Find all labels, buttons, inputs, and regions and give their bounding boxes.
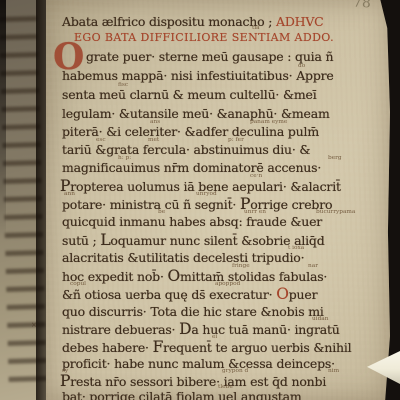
body-text: mittam̄ stolidas fabulas· [180, 269, 327, 284]
body-text: quicquid inmanu habes absq: fraude &uer [62, 214, 322, 229]
text-line-15: hoc expedit nob̄· Omittam̄ stolidas fabu… [62, 269, 327, 284]
interlinear-gloss: ei [212, 334, 217, 340]
margin-mark: × [31, 321, 37, 329]
body-text: quo discurris· Tota die hic stare &nobis… [62, 304, 324, 319]
interlinear-gloss: sy [62, 368, 68, 374]
body-text: sutū ; [62, 233, 100, 248]
body-text: resta nr̄o sessori bibere· iam est q̄d n… [70, 374, 326, 389]
body-text: debes habere· [62, 340, 153, 355]
text-line-4: habemus mappā· nisi infestiuitatibus· Ap… [62, 69, 334, 83]
text-line-13: sutū ; Loquamur nunc silent̄ &sobrie ali… [62, 233, 325, 248]
interlinear-gloss: nar [308, 263, 318, 269]
body-text: potare· ministra cū ñ segnit̄· [62, 197, 240, 212]
body-text: Abata ælfrico dispositu monacho ; [62, 14, 276, 29]
interlinear-gloss: uidan [312, 316, 329, 322]
rubric-text: O [276, 285, 289, 303]
text-line-17: quo discurris· Tota die hic stare &nobis… [62, 305, 324, 319]
interlinear-gloss: t ioxa [288, 245, 304, 251]
text-line-3: grate puer· sterne meū gausape : quia ñ [86, 50, 333, 64]
body-text: D [179, 320, 191, 338]
body-text: alacritatis &utilitatis decelesti tripud… [62, 250, 304, 265]
interlinear-gloss: bucurrypama [316, 209, 355, 215]
text-line-19: debes habere· Frequent̄ te arguo uerbis … [62, 340, 351, 355]
body-text: P [60, 372, 70, 390]
text-line-2: EGO BATA DIFFICILIORE SENTIAM ADDO. [74, 31, 334, 45]
body-text: nistrare debueras· [62, 322, 179, 337]
interlinear-gloss: h: p: [118, 155, 131, 161]
interlinear-gloss: fringe [232, 263, 250, 269]
interlinear-gloss: ann [64, 191, 75, 197]
text-line-1: Abata ælfrico dispositu monacho ; ADHVC [62, 15, 324, 29]
text-line-14: alacritatis &utilitatis decelesti tripud… [62, 251, 304, 265]
text-line-6: legulam· &utansile meū· &anaphū· &meam [62, 107, 330, 121]
interlinear-gloss: esc [96, 137, 106, 143]
text-line-9: magnificauimus nr̄m dominatorē accenus· [62, 161, 321, 175]
body-text: proficit· habe nunc malum &cessa deincep… [62, 356, 335, 371]
body-text: requent̄ te arguo uerbis &nihil [163, 340, 351, 355]
interlinear-gloss: nim [328, 368, 339, 374]
interlinear-gloss: be [158, 209, 165, 215]
interlinear-gloss: panam eyme [250, 119, 287, 125]
body-text: L [100, 231, 110, 249]
text-line-21: Presta nr̄o sessori bibere· iam est q̄d … [60, 374, 326, 389]
interlinear-gloss: tlebe [218, 384, 233, 390]
interlinear-gloss: ce·n [250, 173, 262, 179]
text-line-16: &ñ otiosa uerba quę ds̄ execratur· Opuer [62, 287, 317, 302]
interlinear-gloss: grypon d [222, 368, 248, 374]
body-text: tariū &grata fercula· abstinuimus diu· & [62, 142, 310, 157]
body-text: legulam· &utansile meū· &anaphū· &meam [62, 106, 330, 121]
body-text: grate puer· sterne meū gausape : quia ñ [86, 49, 333, 64]
interlinear-gloss: unryod [196, 191, 217, 197]
text-line-20: proficit· habe nunc malum &cessa deincep… [62, 357, 335, 371]
text-line-5: senta meū clarnū & meum cultellū· &meī [62, 88, 317, 102]
interlinear-gloss: copul [70, 281, 86, 287]
interlinear-gloss: ans [150, 119, 160, 125]
rubric-text: ADHVC [276, 14, 324, 29]
body-text: F [153, 338, 164, 356]
manuscript-photo: 78 O × Abata ælfrico dispositu monacho ;… [0, 0, 400, 400]
interlinear-gloss: fisc [118, 82, 128, 88]
interlinear-gloss: do [298, 63, 305, 69]
text-line-18: nistrare debueras· Da huc tuā manū· ingr… [62, 322, 340, 337]
interlinear-gloss: apoppod [215, 281, 240, 287]
body-text: magnificauimus nr̄m dominatorē accenus· [62, 160, 321, 175]
text-line-8: tariū &grata fercula· abstinuimus diu· & [62, 143, 310, 157]
body-text: senta meū clarnū & meum cultellū· &meī [62, 87, 317, 102]
interlinear-gloss: p: fer [228, 137, 244, 143]
text-line-12: quicquid inmanu habes absq: fraude &uer [62, 215, 322, 229]
body-text: O [168, 267, 181, 285]
rubric-text: EGO BATA DIFFICILIORE SENTIAM ADDO. [74, 31, 334, 44]
body-text: habemus mappā· nisi infestiuitatibus· Ap… [62, 68, 334, 83]
body-text: bat· porrige cilatā fiolam uel angustam [62, 389, 302, 400]
folio-number: 78 [353, 0, 372, 11]
interlinear-gloss: unrr en [244, 209, 266, 215]
body-text: puer [289, 287, 318, 302]
text-line-22: bat· porrige cilatā fiolam uel angustam [62, 390, 302, 400]
manuscript-page: 78 O × Abata ælfrico dispositu monacho ;… [0, 0, 400, 400]
interlinear-gloss: berg [328, 155, 342, 161]
interlinear-gloss: tiā [252, 25, 260, 31]
interlinear-gloss: met [148, 137, 159, 143]
text-line-11: potare· ministra cū ñ segnit̄· Porrige c… [62, 197, 332, 212]
body-text: &ñ otiosa uerba quę ds̄ execratur· [62, 287, 276, 302]
